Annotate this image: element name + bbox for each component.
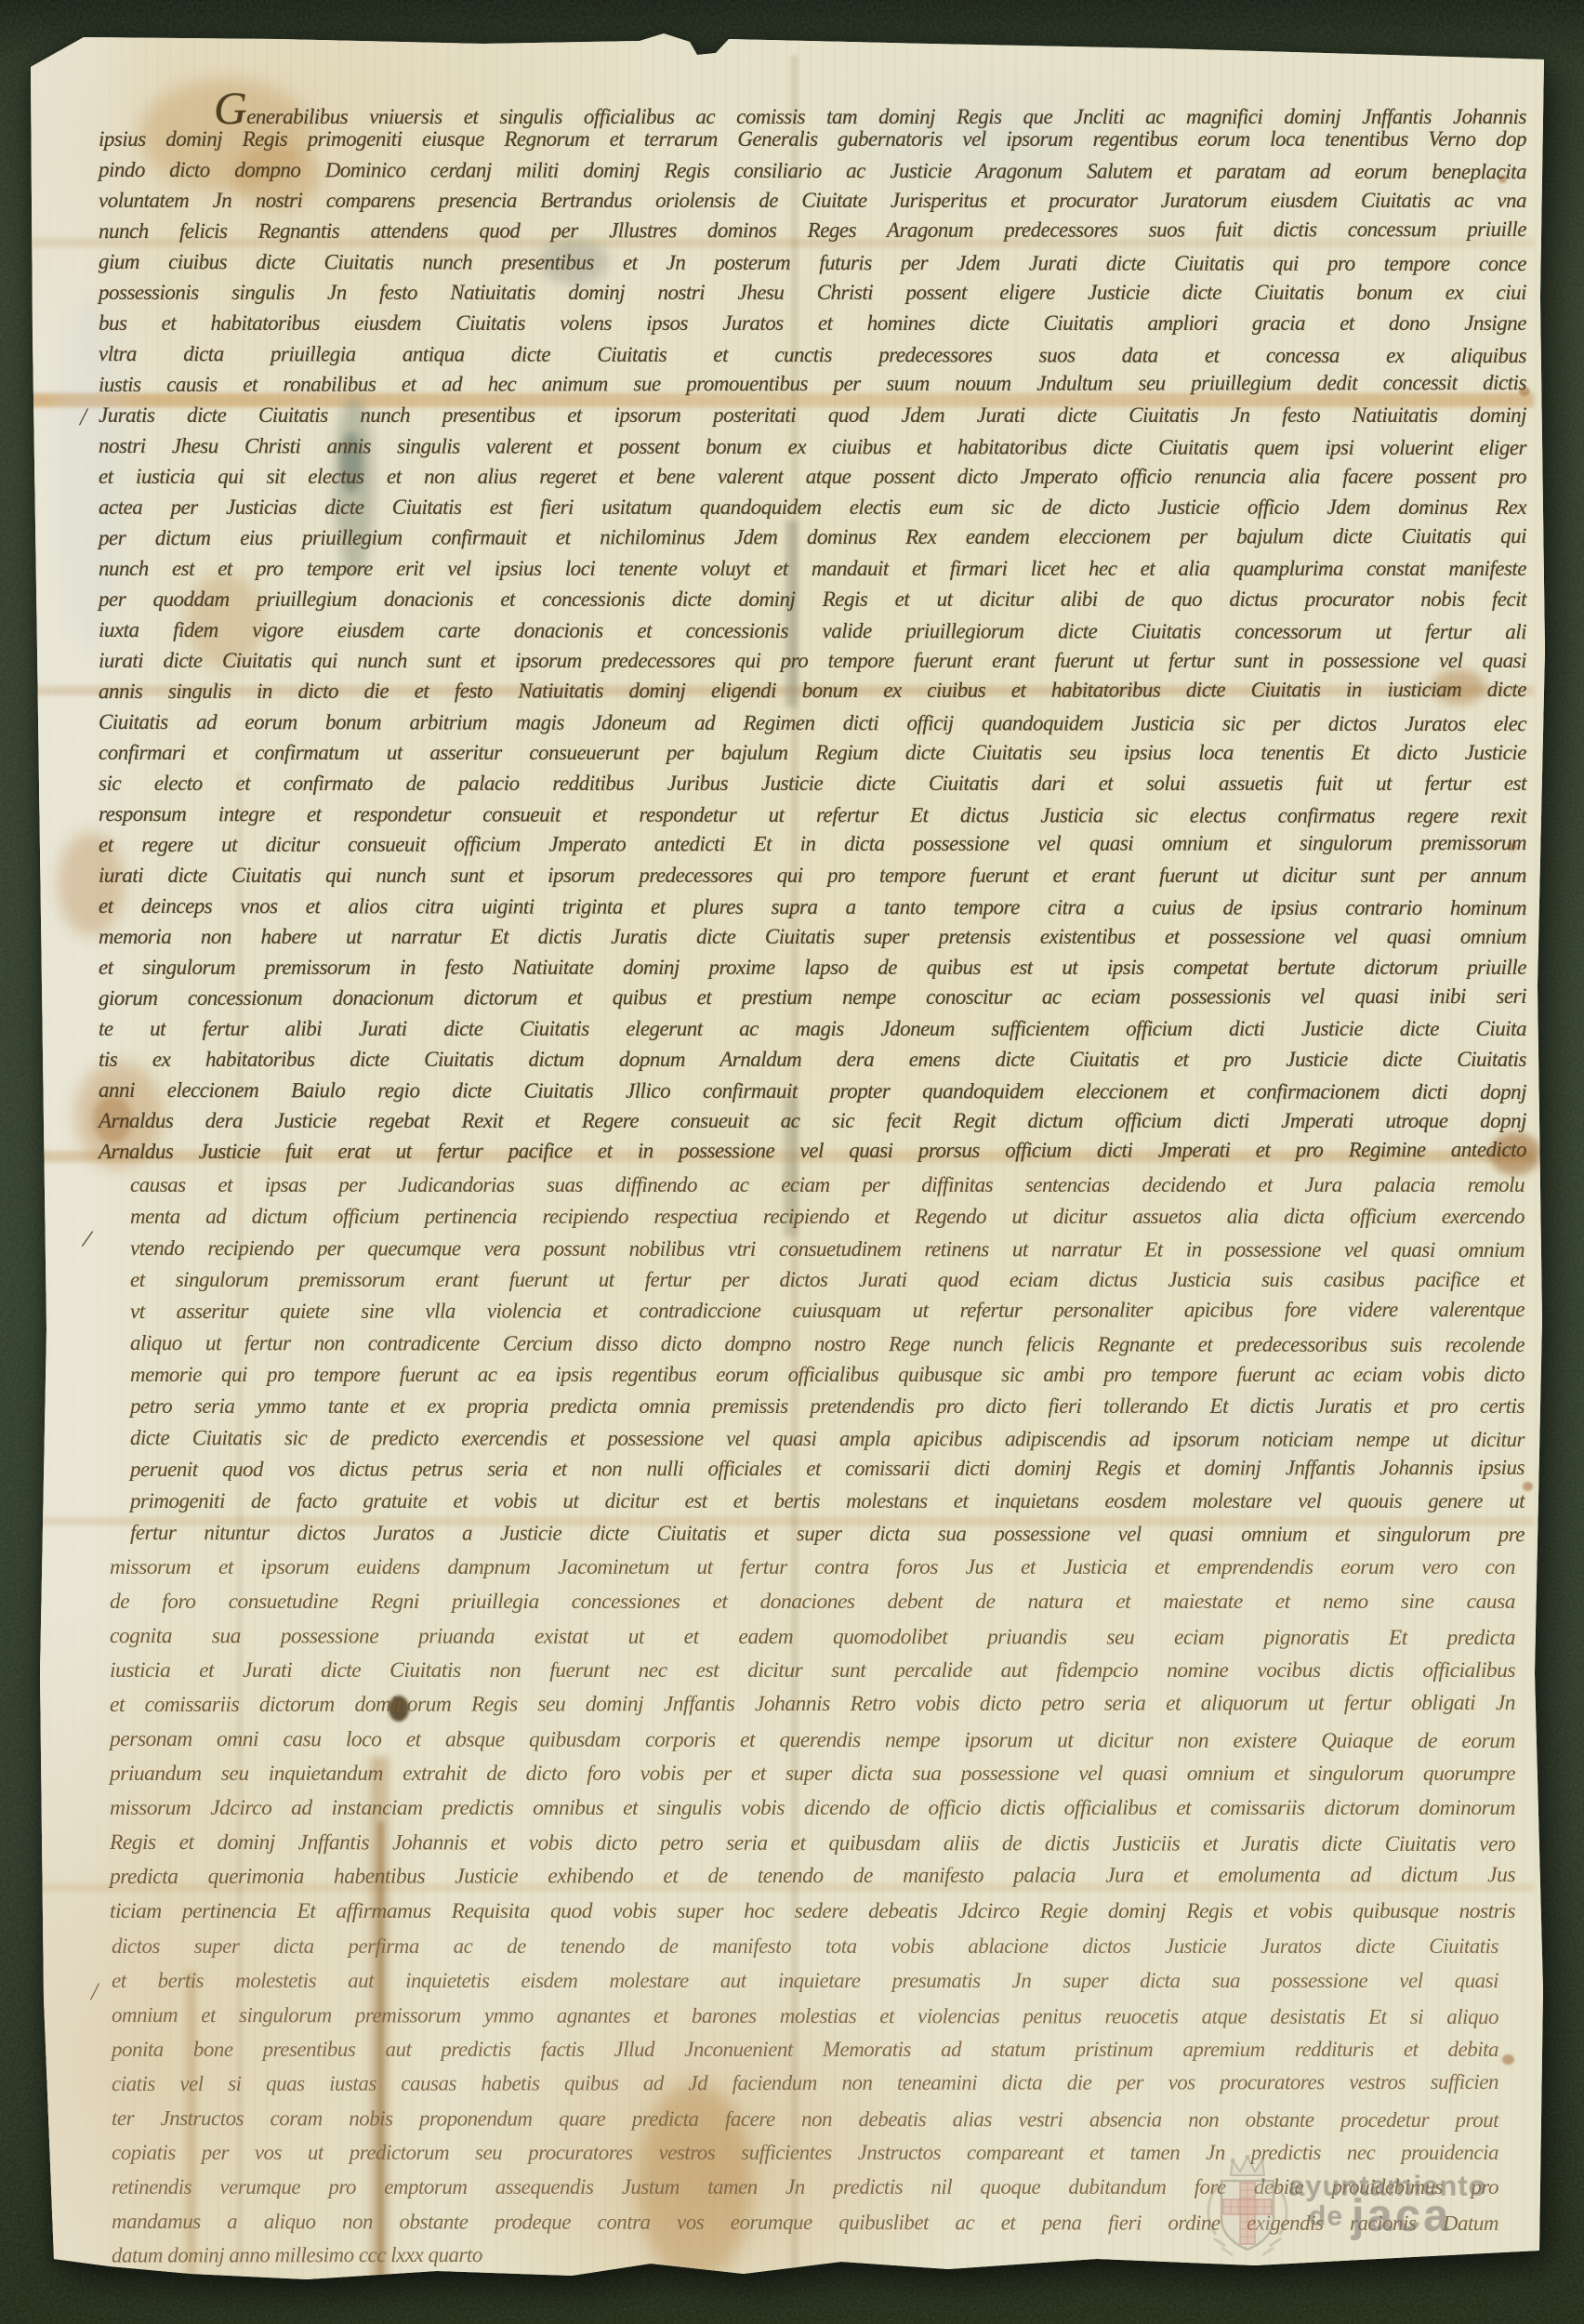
manuscript-line: ciatis vel si quas iustas causas habetis… xyxy=(112,2065,1498,2101)
manuscript-line: et comissariis dictorum dominorum Regis … xyxy=(110,1686,1515,1723)
manuscript-line: iuxta fidem vigore eiusdem carte donacio… xyxy=(99,614,1526,647)
manuscript-line: bus et habitatoribus eiusdem Ciuitatis v… xyxy=(99,308,1526,338)
manuscript-line: dictos super dicta perfirma ac de tenend… xyxy=(112,1929,1498,1963)
manuscript-line: ipsius dominj Regis primogeniti eiusque … xyxy=(99,124,1526,154)
manuscript-line: ticiam pertinencia Et affirmamus Requisi… xyxy=(110,1895,1515,1929)
manuscript-line: annis singulis in dicto die et festo Nat… xyxy=(99,674,1526,706)
manuscript-line: anni eleccionem Baiulo regio dicte Ciuit… xyxy=(99,1075,1526,1107)
manuscript-line: missorum et ipsorum euidens dampnum Jaco… xyxy=(110,1551,1515,1585)
jaca-watermark: ayuntamiento de jaca xyxy=(1201,2155,1508,2266)
manuscript-line: personam omni casu loco et absque quibus… xyxy=(110,1723,1515,1759)
manuscript-line: iusticia et Jurati dicte Ciuitatis non f… xyxy=(110,1654,1515,1688)
manuscript-line: memorie qui pro tempore fuerunt ac ea ip… xyxy=(130,1359,1525,1391)
manuscript-line: dicte Ciuitatis sic de predicto exercend… xyxy=(130,1422,1525,1456)
manuscript-line: Regis et dominj Jnffantis Johannis et vo… xyxy=(110,1826,1515,1862)
manuscript-line: et regere ut dicitur consueuit officium … xyxy=(99,827,1526,860)
manuscript-line: Generabilibus vniuersis et singulis offi… xyxy=(99,93,1526,124)
manuscript-line: responsum integre et respondetur consueu… xyxy=(99,799,1526,831)
manuscript-line: aliquo ut fertur non contradicente Cerci… xyxy=(130,1327,1525,1361)
manuscript-line: Ciuitatis ad eorum bonum arbitrium magis… xyxy=(99,706,1526,739)
manuscript-line: nostri Jhesu Christi annis singulis vale… xyxy=(99,430,1526,463)
manuscript-line: vtendo recipiendo per quecumque vera pos… xyxy=(130,1233,1525,1266)
manuscript-line: vltra dicta priuillegia antiqua dicte Ci… xyxy=(99,338,1526,371)
manuscript-line: ter Jnstructos coram nobis proponendum q… xyxy=(112,2101,1498,2137)
manuscript-line: predicta querimonia habentibus Justicie … xyxy=(110,1858,1515,1895)
manuscript-line: fertur nituntur dictos Juratos a Justici… xyxy=(130,1517,1525,1551)
manuscript-line: sic electo et confirmato de palacio redd… xyxy=(99,768,1526,799)
manuscript-line: tis ex habitatoribus dicte Ciuitatis dic… xyxy=(99,1044,1526,1075)
manuscript-page: Generabilibus vniuersis et singulis offi… xyxy=(0,0,1584,2324)
manuscript-line: iustis causis et ronabilibus et ad hec a… xyxy=(99,367,1526,400)
manuscript-line: confirmari et confirmatum ut asseritur c… xyxy=(99,737,1526,768)
manuscript-line: omnium et singulorum premissorum ymmo ag… xyxy=(112,1998,1498,2034)
margin-mark: / xyxy=(80,403,86,431)
manuscript-line: ponita bone presentibus aut predictis fa… xyxy=(112,2032,1498,2067)
rust-speck xyxy=(1502,2054,1514,2065)
manuscript-line: et iusticia qui sit electus et non alius… xyxy=(99,461,1526,492)
manuscript-line: memoria non habere ut narratur Et dictis… xyxy=(99,921,1526,952)
manuscript-line: de foro consuetudine Regni priuillegia c… xyxy=(110,1585,1515,1619)
manuscript-line: per quoddam priuillegium donacionis et c… xyxy=(99,584,1526,614)
manuscript-line: et deinceps vnos et alios citra uiginti … xyxy=(99,891,1526,923)
manuscript-line: et singulorum premissorum erant fuerunt … xyxy=(130,1264,1525,1296)
manuscript-line: nunch est et pro tempore erit vel ipsius… xyxy=(99,553,1526,584)
margin-mark: / xyxy=(82,1225,92,1254)
manuscript-line: Arnaldus dera Justicie regebat Rexit et … xyxy=(99,1105,1526,1136)
manuscript-line: datum dominj anno millesimo ccc lxxx qua… xyxy=(112,2238,777,2273)
manuscript-line: gium ciuibus dicte Ciuitatis nunch prese… xyxy=(99,246,1526,279)
manuscript-line: peruenit quod vos dictus petrus seria et… xyxy=(130,1452,1525,1486)
watermark-text-de: de xyxy=(1309,2201,1343,2233)
manuscript-line: primogeniti de facto gratuite et vobis u… xyxy=(130,1486,1525,1517)
manuscript-line: te ut fertur alibi Jurati dicte Ciuitati… xyxy=(99,1013,1526,1044)
manuscript-line: per dictum eius priuillegium confirmauit… xyxy=(99,521,1526,553)
manuscript-line: giorum concessionum donacionum dictorum … xyxy=(99,981,1526,1013)
manuscript-line: iurati dicte Ciuitatis qui nunch sunt et… xyxy=(99,860,1526,891)
manuscript-wrap: Generabilibus vniuersis et singulis offi… xyxy=(0,0,1584,2324)
margin-mark: / xyxy=(91,1978,98,2006)
manuscript-text-block-lower: missorum et ipsorum euidens dampnum Jaco… xyxy=(110,1551,1515,1929)
manuscript-line: causas et ipsas per Judicandorias suas d… xyxy=(130,1169,1525,1201)
manuscript-text-block-middle: causas et ipsas per Judicandorias suas d… xyxy=(130,1169,1525,1549)
manuscript-line: pindo dicto dompno Dominico cerdanj mili… xyxy=(99,154,1526,187)
manuscript-line: priuandum seu inquietandum extrahit de d… xyxy=(110,1757,1515,1791)
manuscript-line: actea per Justicias dicte Ciuitatis est … xyxy=(99,492,1526,522)
manuscript-line: petro seria ymmo tante et ex propria pre… xyxy=(130,1391,1525,1422)
manuscript-line: menta ad dictum officium pertinencia rec… xyxy=(130,1201,1525,1233)
manuscript-line: voluntatem Jn nostri comparens presencia… xyxy=(99,185,1526,216)
manuscript-line: et bertis molestetis aut inquietetis eis… xyxy=(112,1963,1498,1998)
manuscript-line: missorum Jdcirco ad instanciam predictis… xyxy=(110,1791,1515,1826)
manuscript-line: possessionis singulis Jn festo Natiuitat… xyxy=(99,277,1526,308)
manuscript-line: Arnaldus Justicie fuit erat ut fertur pa… xyxy=(99,1134,1526,1167)
manuscript-line: Juratis dicte Ciuitatis nunch presentibu… xyxy=(99,400,1526,430)
manuscript-line: iurati dicte Ciuitatis qui nunch sunt et… xyxy=(99,645,1526,676)
manuscript-line: cognita sua possessione priuanda existat… xyxy=(110,1619,1515,1656)
manuscript-line: vt asseritur quiete sine vlla violencia … xyxy=(130,1294,1525,1327)
manuscript-text-block-top: Generabilibus vniuersis et singulis offi… xyxy=(99,93,1526,1167)
manuscript-line: et singulorum premissorum in festo Natiu… xyxy=(99,952,1526,983)
jaca-coat-of-arms-icon xyxy=(1201,2155,1294,2259)
manuscript-line: nunch felicis Regnantis attendens quod p… xyxy=(99,214,1526,246)
watermark-text-jaca: jaca xyxy=(1352,2190,1451,2242)
